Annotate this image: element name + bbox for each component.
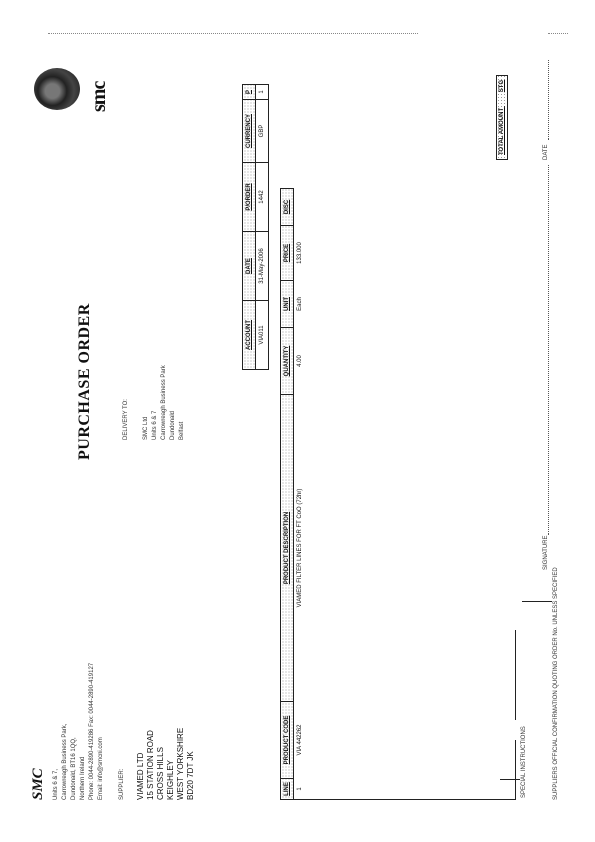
date-value: 31-May-2006 [256,232,269,301]
column-header: PRODUCT DESCRIPTION [281,395,294,702]
address-line: Units 6 & 7, [52,663,61,800]
date-line[interactable] [548,60,549,140]
product-description: VIAMED FILTER LINES FOR FT CoO (72hr) [294,395,307,702]
address-line: Phone: 0044-2890-419286 Fax: 0044-2890-4… [88,663,97,800]
address-line: Carrowreagh Business Park, [61,663,70,800]
price: 133.000 [294,226,307,281]
delivery-label: DELIVERY TO: [122,399,131,440]
column-header: UNIT [281,281,294,328]
table-row: 1 VIA 442262 VIAMED FILTER LINES FOR FT … [294,189,307,800]
purchase-order-page: SMC Units 6 & 7, Carrowreagh Business Pa… [30,40,560,800]
column-header: LINE [281,779,294,800]
delivery-line: SMC Ltd [142,365,151,440]
quantity: 4.00 [294,328,307,395]
company-logo-icon [34,68,80,110]
footer-rule [522,601,552,602]
supplier-line: CROSS HILLS [156,728,166,800]
table-bottom-rule [515,630,516,720]
signature-line[interactable] [548,165,549,535]
order-header-table: ACCOUNT DATE P/ORDER CURRENCY P VIA011 3… [242,84,269,370]
table-left-border [280,799,515,800]
signature-label: SIGNATURE [542,535,551,570]
special-instructions-label: SPECIAL INSTRUCTIONS [520,726,529,798]
porder-value: 1442 [256,163,269,232]
address-line: Northern Ireland [79,663,88,800]
company-logo-text: smc [88,82,111,112]
supplier-label: SUPPLIER: [118,769,127,800]
address-line: Dundonald, BT16 1QQ, [70,663,79,800]
scan-top-rule-right [548,33,568,34]
delivery-line: Dundonald [169,365,178,440]
delivery-line: Carrowreagh Business Park [160,365,169,440]
total-amount-box: TOTAL AMOUNT STG [496,75,508,160]
supplier-line: BD20 7DT JK [186,728,196,800]
supplier-line: VIAMED LTD [136,728,146,800]
footer-note: SUPPLIERS OFFICIAL CONFIRMATION QUOTING … [552,567,561,800]
column-header: DATE [243,232,256,301]
page-title: PURCHASE ORDER [76,303,94,460]
supplier-line: 15 STATION ROAD [146,728,156,800]
scan-top-rule [48,33,418,34]
date-label: DATE [542,144,551,160]
column-header: QUANTITY [281,328,294,395]
delivery-address: SMC Ltd Units 6 & 7 Carrowreagh Business… [142,365,187,440]
column-header: PRODUCT CODE [281,702,294,779]
line-items-table: LINE PRODUCT CODE PRODUCT DESCRIPTION QU… [280,188,306,800]
delivery-line: Units 6 & 7 [151,365,160,440]
company-name: SMC [30,768,47,800]
table-bottom-rule [515,740,516,800]
total-amount-label: TOTAL AMOUNT [499,108,505,155]
column-header: CURRENCY [243,100,256,163]
account-value: VIA011 [256,301,269,370]
instructions-rule [500,779,520,780]
column-header: DISC [281,189,294,226]
address-line: Email: info@smcni.com [97,663,106,800]
supplier-line: WEST YORKSHIRE [176,728,186,800]
supplier-address: VIAMED LTD 15 STATION ROAD CROSS HILLS K… [136,728,196,800]
column-header: P [243,85,256,100]
page-value: 1 [256,85,269,100]
column-header: ACCOUNT [243,301,256,370]
column-header: P/ORDER [243,163,256,232]
total-currency: STG [499,80,505,92]
unit: Each [294,281,307,328]
discount [294,189,307,226]
product-code: VIA 442262 [294,702,307,779]
column-header: PRICE [281,226,294,281]
currency-value: GBP [256,100,269,163]
delivery-line: Belfast [178,365,187,440]
supplier-line: KEIGHLEY [166,728,176,800]
company-address: Units 6 & 7, Carrowreagh Business Park, … [52,663,106,800]
line-number: 1 [294,779,307,800]
